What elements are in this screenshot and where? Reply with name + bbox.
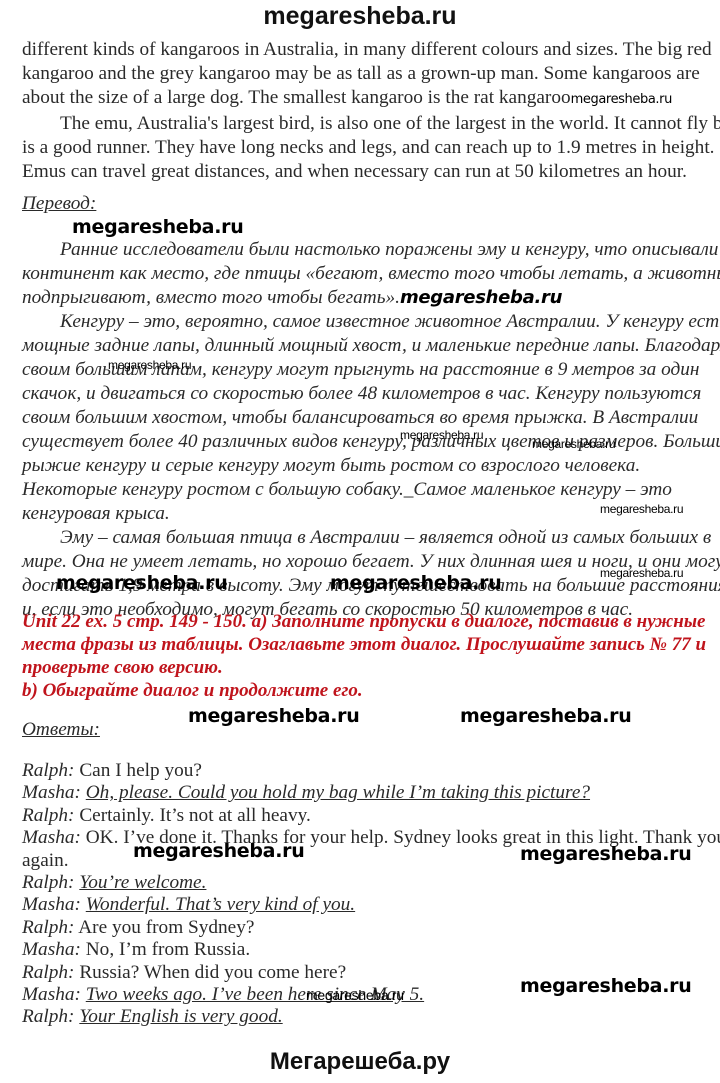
dialog-text: Can I help you?	[79, 760, 202, 781]
task-line: проверьте свою версию.	[22, 656, 712, 679]
translation-passage: Ранние исследователи были настолько пора…	[22, 238, 702, 622]
english-passage: different kinds of kangaroos in Australi…	[22, 38, 702, 184]
answer-text: Wonderful. That’s very kind of you.	[86, 894, 355, 915]
dialog-text: Are you from Sydney?	[78, 917, 254, 938]
site-header-title: megaresheba.ru	[0, 2, 720, 31]
text-line: Некоторые кенгуру ростом с большую собак…	[22, 478, 702, 502]
watermark: megaresheba.ru	[72, 216, 243, 238]
task-line: b) Обыграйте диалог и продолжите его.	[22, 679, 712, 702]
text-line: своим большим хвостом, чтобы балансирова…	[22, 406, 702, 430]
watermark: megaresheba.ru	[400, 428, 483, 442]
task-heading: Unit 22 ex. 5 стр. 149 - 150. a) Заполни…	[22, 610, 712, 702]
text-line: Ранние исследователи были настолько пора…	[22, 238, 702, 262]
watermark: megaresheba.ru	[400, 287, 562, 308]
watermark: megaresheba.ru	[330, 572, 501, 594]
text-line: мощные задние лапы, длинный мощный хвост…	[22, 334, 702, 358]
task-line: места фразы из таблицы. Озаглавьте этот …	[22, 633, 712, 656]
watermark: megaresheba.ru	[460, 705, 631, 727]
dialog-line: Ralph: You’re welcome.	[22, 872, 712, 894]
watermark: megaresheba.ru	[532, 437, 615, 451]
watermark: megaresheba.ru	[133, 840, 304, 862]
dialog-text: again.	[22, 850, 69, 871]
watermark: megaresheba.ru	[306, 987, 404, 1003]
watermark: megaresheba.ru	[108, 358, 191, 372]
text-line: рыжие кенгуру и серые кенгуру могут быть…	[22, 454, 702, 478]
dialog-text: Certainly. It’s not at all heavy.	[79, 805, 311, 826]
speaker-name: Ralph:	[22, 917, 74, 938]
speaker-name: Masha:	[22, 984, 81, 1005]
speaker-name: Ralph:	[22, 1006, 74, 1027]
text-line: The emu, Australia's largest bird, is al…	[22, 112, 702, 136]
dialog-line: Masha: Oh, please. Could you hold my bag…	[22, 782, 712, 804]
dialog-line: Masha: Wonderful. That’s very kind of yo…	[22, 894, 712, 916]
text-line: континент как место, где птицы «бегают, …	[22, 262, 702, 286]
site-footer-title: Мегарешеба.ру	[0, 1048, 720, 1076]
answers-label: Ответы:	[22, 718, 100, 742]
watermark: megaresheba.ru	[520, 843, 691, 865]
dialog-line: Ralph: Are you from Sydney?	[22, 917, 712, 939]
text-line: подпрыгивают, вместо того чтобы бегать».…	[22, 286, 702, 310]
answer-text: You’re welcome.	[79, 872, 206, 893]
speaker-name: Ralph:	[22, 760, 74, 781]
watermark: megaresheba.ru	[571, 92, 672, 107]
translation-label: Перевод:	[22, 192, 96, 216]
dialog-line: Ralph: Certainly. It’s not at all heavy.	[22, 805, 712, 827]
task-line: Unit 22 ex. 5 стр. 149 - 150. a) Заполни…	[22, 610, 712, 633]
watermark: megaresheba.ru	[520, 975, 691, 997]
text-line: is a good runner. They have long necks a…	[22, 136, 702, 160]
text-line: kangaroo and the grey kangaroo may be as…	[22, 62, 702, 86]
speaker-name: Ralph:	[22, 805, 74, 826]
speaker-name: Masha:	[22, 939, 81, 960]
text-line: скачок, и двигаться со скоростью более 4…	[22, 382, 702, 406]
text-line: different kinds of kangaroos in Australi…	[22, 38, 702, 62]
watermark: megaresheba.ru	[56, 572, 227, 594]
answer-text: Your English is very good.	[79, 1006, 282, 1027]
dialog-text: Russia? When did you come here?	[79, 962, 346, 983]
text-line: Emus can travel great distances, and whe…	[22, 160, 702, 184]
dialog-line: Ralph: Can I help you?	[22, 760, 712, 782]
speaker-name: Masha:	[22, 782, 81, 803]
speaker-name: Ralph:	[22, 962, 74, 983]
answer-text: Oh, please. Could you hold my bag while …	[86, 782, 590, 803]
watermark: megaresheba.ru	[188, 705, 359, 727]
speaker-name: Masha:	[22, 894, 81, 915]
dialog-line: Ralph: Your English is very good.	[22, 1006, 712, 1028]
text-line: Эму – самая большая птица в Австралии – …	[22, 526, 702, 550]
dialog-text: No, I’m from Russia.	[86, 939, 250, 960]
speaker-name: Masha:	[22, 827, 81, 848]
text-line: about the size of a large dog. The small…	[22, 86, 702, 112]
speaker-name: Ralph:	[22, 872, 74, 893]
dialog-line: Masha: No, I’m from Russia.	[22, 939, 712, 961]
text-line: Кенгуру – это, вероятно, самое известное…	[22, 310, 702, 334]
watermark: megaresheba.ru	[600, 502, 683, 516]
watermark: megaresheba.ru	[600, 566, 683, 580]
